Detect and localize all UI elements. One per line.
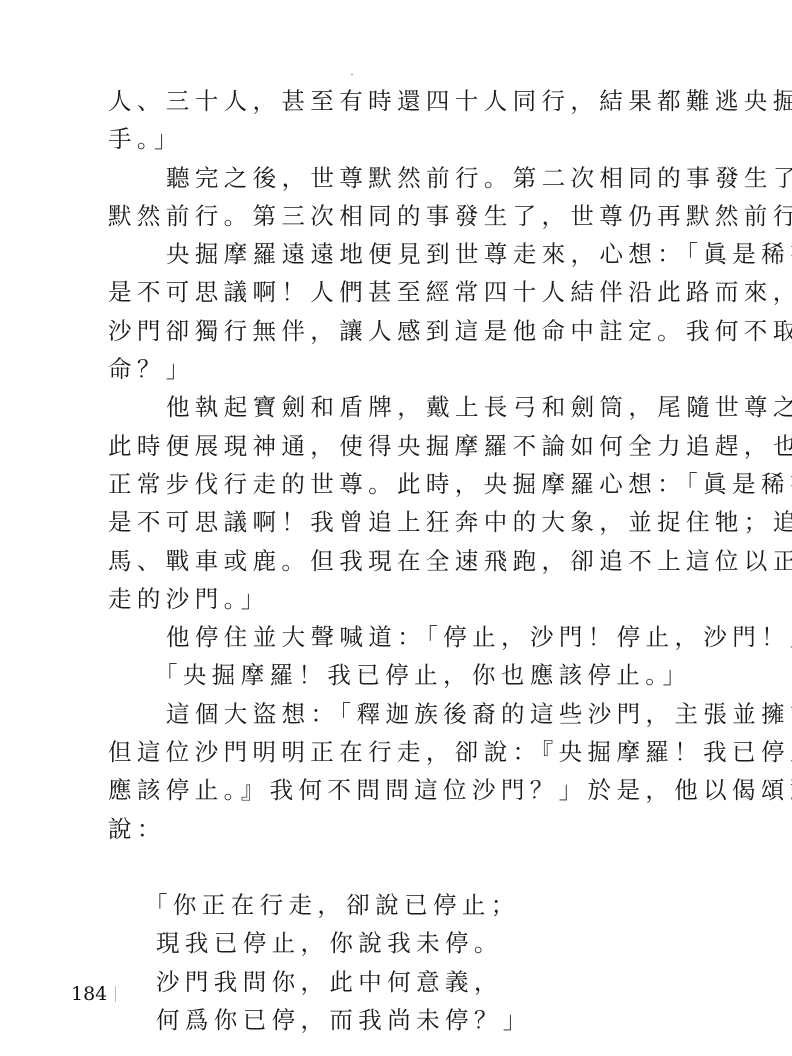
text-line: 手。」 [108,120,698,158]
text-line: 人、三十人，甚至有時還四十人同行，結果都難逃央掘摩羅的毒 [108,82,698,120]
text-line: 說： [108,810,698,848]
text-line: 聽完之後，世尊默然前行。第二次相同的事發生了，世尊再 [108,159,698,197]
paragraph: 他停住並大聲喊道：「停止，沙門！停止，沙門！」 [108,618,698,656]
text-line: 央掘摩羅遠遠地便見到世尊走來，心想：「眞是稀有啊！眞 [108,235,698,273]
text-line: 默然前行。第三次相同的事發生了，世尊仍再默然前行。 [108,197,698,235]
text-line: 馬、戰車或鹿。但我現在全速飛跑，卻追不上這位以正常步伐行 [108,542,698,580]
text-line: 是不可思議啊！我曾追上狂奔中的大象，並捉住牠；追捉疾跑的 [108,503,698,541]
verse-line: 現我已停止，你說我未停。 [108,924,698,962]
text-line: 他執起寶劍和盾牌，戴上長弓和劍筒，尾隨世尊之後。世尊 [108,388,698,426]
text-line: 「央掘摩羅！我已停止，你也應該停止。」 [108,656,698,694]
verse-line: 何爲你已停，而我尚未停？」 [108,1001,698,1039]
book-page: 人、三十人，甚至有時還四十人同行，結果都難逃央掘摩羅的毒 手。」 聽完之後，世尊… [0,0,792,1056]
text-line: 他停住並大聲喊道：「停止，沙門！停止，沙門！」 [108,618,698,656]
paragraph: 這個大盜想：「釋迦族後裔的這些沙門，主張並擁護眞理； 但這位沙門明明正在行走，卻… [108,695,698,848]
text-line: 沙門卻獨行無伴，讓人感到這是他命中註定。我何不取下他的性 [108,312,698,350]
body-text: 人、三十人，甚至有時還四十人同行，結果都難逃央掘摩羅的毒 手。」 聽完之後，世尊… [108,82,698,1039]
text-line: 是不可思議啊！人們甚至經常四十人結伴沿此路而來，如今這位 [108,273,698,311]
paragraph: 人、三十人，甚至有時還四十人同行，結果都難逃央掘摩羅的毒 手。」 [108,82,698,159]
text-line: 走的沙門。」 [108,580,698,618]
verse-line: 「你正在行走，卻說已停止； [108,886,698,924]
paragraph: 聽完之後，世尊默然前行。第二次相同的事發生了，世尊再 默然前行。第三次相同的事發… [108,159,698,236]
text-line: 這個大盜想：「釋迦族後裔的這些沙門，主張並擁護眞理； [108,695,698,733]
verse-line: 沙門我問你，此中何意義， [108,963,698,1001]
text-line: 應該停止。』我何不問問這位沙門？」於是，他以偈頌對世尊 [108,771,698,809]
paragraph: 他執起寶劍和盾牌，戴上長弓和劍筒，尾隨世尊之後。世尊 此時便展現神通，使得央掘摩… [108,388,698,618]
page-footer: 184 [71,983,116,1005]
text-line: 正常步伐行走的世尊。此時，央掘摩羅心想：「眞是稀有啊！眞 [108,465,698,503]
verse-spacer [108,848,698,886]
folio-divider [115,986,116,1002]
verse-block: 「你正在行走，卻說已停止； 現我已停止，你說我未停。 沙門我問你，此中何意義， … [108,886,698,1039]
text-line: 但這位沙門明明正在行走，卻說：『央掘摩羅！我已停止，你也 [108,733,698,771]
scan-speck [351,74,353,75]
text-line: 命？」 [108,350,698,388]
paragraph: 「央掘摩羅！我已停止，你也應該停止。」 [108,656,698,694]
text-line: 此時便展現神通，使得央掘摩羅不論如何全力追趕，也趕不上以 [108,427,698,465]
page-number: 184 [71,983,107,1005]
paragraph: 央掘摩羅遠遠地便見到世尊走來，心想：「眞是稀有啊！眞 是不可思議啊！人們甚至經常… [108,235,698,388]
